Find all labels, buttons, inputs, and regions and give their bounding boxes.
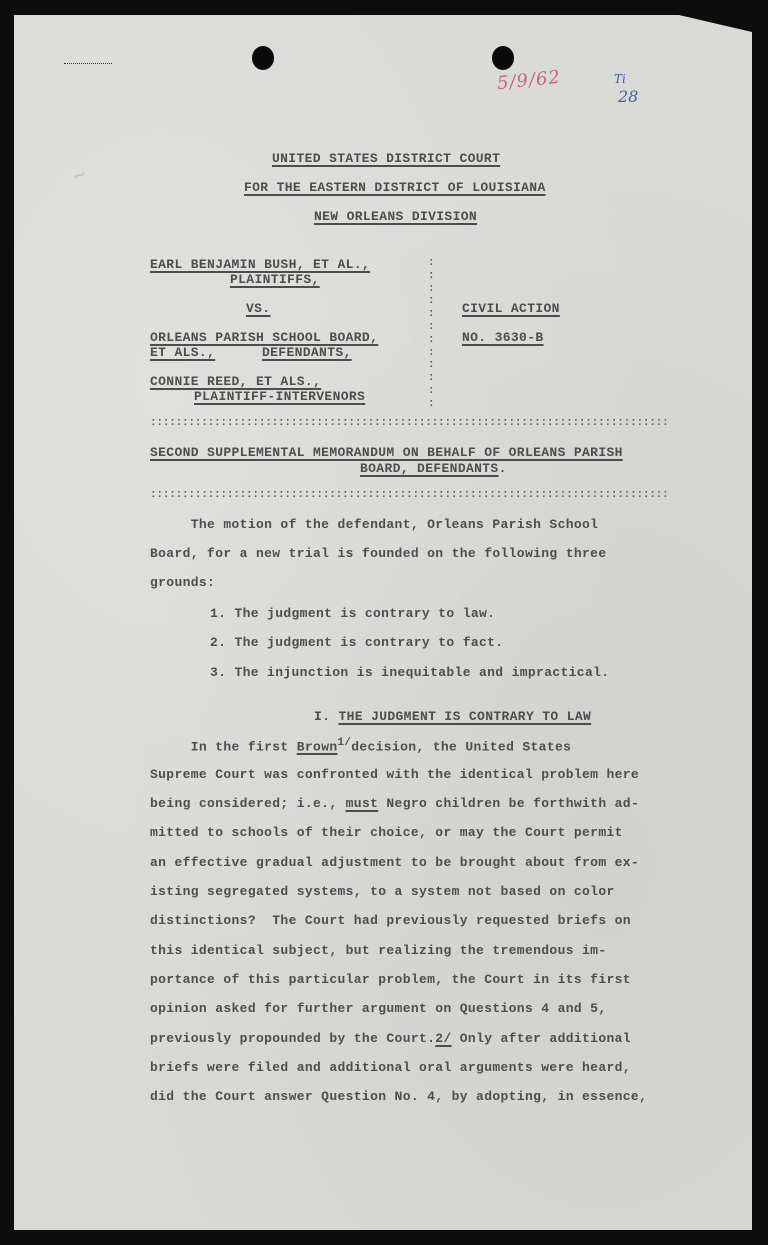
memo-title-line2-wrap: BOARD, DEFENDANTS. — [360, 461, 507, 476]
court-district: FOR THE EASTERN DISTRICT OF LOUISIANA — [244, 180, 546, 195]
body-line: In the first Brown1/decision, the United… — [150, 737, 571, 754]
plaintiff-role: PLAINTIFFS, — [230, 272, 320, 287]
handwritten-page-number: 28 — [618, 87, 638, 106]
body-text: Negro children be forthwith ad- — [378, 796, 639, 811]
handwritten-tab-label: Ti — [614, 72, 626, 86]
intervenor-name: CONNIE REED, ET ALS., — [150, 374, 321, 389]
body-line: distinctions? The Court had previously r… — [150, 913, 631, 928]
case-type: CIVIL ACTION — [462, 301, 560, 316]
body-text: previously propounded by the Court. — [150, 1031, 435, 1046]
section-number: I. — [314, 709, 330, 724]
plaintiff-name: EARL BENJAMIN BUSH, ET AL., — [150, 257, 370, 272]
intro-line: Board, for a new trial is founded on the… — [150, 546, 606, 561]
section-title: THE JUDGMENT IS CONTRARY TO LAW — [338, 709, 591, 724]
body-line: briefs were filed and additional oral ar… — [150, 1060, 631, 1075]
ground-item-3: 3. The injunction is inequitable and imp… — [210, 665, 609, 680]
defendant-name: ORLEANS PARISH SCHOOL BOARD, — [150, 330, 378, 345]
footnote-ref-1: 1/ — [338, 737, 352, 749]
colon-divider-top: ::::::::::::::::::::::::::::::::::::::::… — [150, 417, 670, 429]
memo-title-line1: SECOND SUPPLEMENTAL MEMORANDUM ON BEHALF… — [150, 445, 623, 460]
versus: VS. — [246, 301, 270, 316]
body-line: mitted to schools of their choice, or ma… — [150, 825, 623, 840]
footnote-ref-2: 2/ — [435, 1031, 451, 1046]
handwritten-date: 5/9/62 — [496, 67, 562, 95]
body-line: previously propounded by the Court.2/ On… — [150, 1031, 631, 1046]
court-division: NEW ORLEANS DIVISION — [314, 209, 477, 224]
case-number: NO. 3630-B — [462, 330, 544, 345]
document-page: 5/9/62 Ti 28 ~ UNITED STATES DISTRICT CO… — [14, 15, 752, 1230]
punch-hole — [252, 46, 274, 70]
body-line: isting segregated systems, to a system n… — [150, 884, 615, 899]
court-name: UNITED STATES DISTRICT COURT — [272, 151, 500, 166]
body-line: an effective gradual adjustment to be br… — [150, 855, 639, 870]
intro-line: grounds: — [150, 575, 215, 590]
body-line: Supreme Court was confronted with the id… — [150, 767, 639, 782]
body-text: being considered; i.e., — [150, 796, 346, 811]
body-line: this identical subject, but realizing th… — [150, 943, 606, 958]
body-line: being considered; i.e., must Negro child… — [150, 796, 639, 811]
body-text: Only after additional — [452, 1031, 631, 1046]
caption-colon-divider: : : : : : : : : : : : : — [428, 257, 440, 411]
body-text: decision, the United States — [351, 739, 571, 754]
punch-hole — [492, 46, 514, 70]
memo-title-line2: BOARD, DEFENDANTS — [360, 461, 499, 476]
ground-item-1: 1. The judgment is contrary to law. — [210, 606, 495, 621]
emphasis-must: must — [346, 796, 379, 811]
case-name-brown: Brown — [297, 739, 338, 754]
body-line: portance of this particular problem, the… — [150, 972, 631, 987]
section-heading: I. THE JUDGMENT IS CONTRARY TO LAW — [314, 709, 591, 724]
defendant-et-als: ET ALS., — [150, 345, 215, 360]
intro-line: The motion of the defendant, Orleans Par… — [150, 517, 598, 532]
memo-title-period: . — [499, 461, 507, 476]
colon-divider-bottom: ::::::::::::::::::::::::::::::::::::::::… — [150, 489, 670, 501]
body-line: did the Court answer Question No. 4, by … — [150, 1089, 647, 1104]
faint-red-mark: ~ — [68, 163, 91, 188]
body-text: In the first — [150, 739, 297, 754]
body-line: opinion asked for further argument on Qu… — [150, 1001, 606, 1016]
ground-item-2: 2. The judgment is contrary to fact. — [210, 635, 503, 650]
defendant-role: DEFENDANTS, — [262, 345, 352, 360]
intervenor-role: PLAINTIFF-INTERVENORS — [194, 389, 365, 404]
stray-mark — [64, 63, 112, 65]
